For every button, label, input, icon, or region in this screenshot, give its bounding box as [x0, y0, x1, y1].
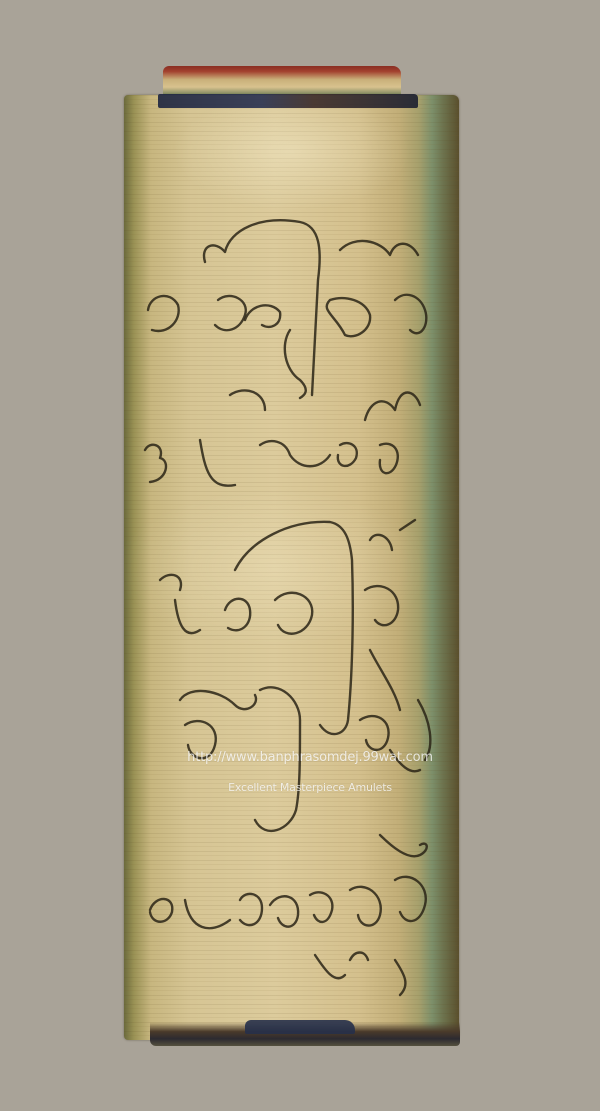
watermark-url: http://www.banphrasomdej.99wat.com [10, 750, 600, 765]
amulet-photo: http://www.banphrasomdej.99wat.com Excel… [0, 0, 600, 1111]
watermark-tagline: Excellent Masterpiece Amulets [10, 781, 600, 794]
inscribed-script [0, 0, 600, 1111]
